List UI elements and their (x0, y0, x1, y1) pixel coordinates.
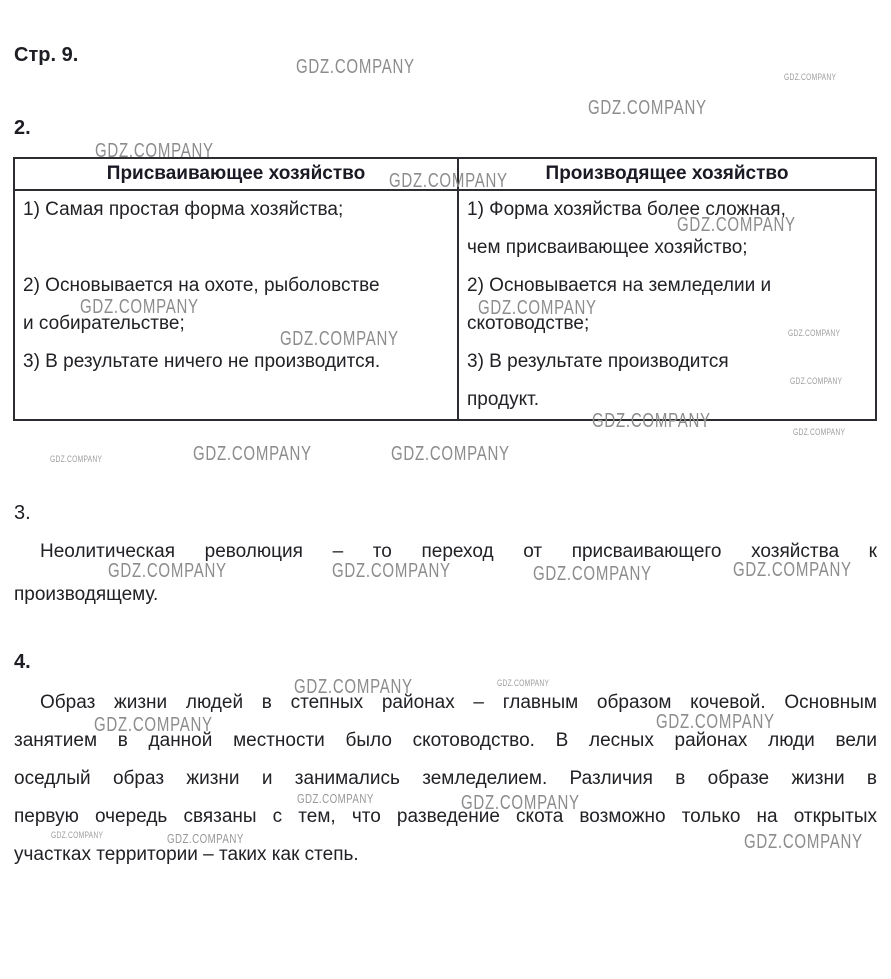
paragraph-line: занятием в данной местности было скотово… (14, 722, 877, 760)
paragraph-line: оседлый образ жизни и занимались земледе… (14, 760, 877, 798)
watermark-text: GDZ.COMPANY (588, 97, 707, 120)
table-header-appropriating: Присваивающее хозяйство (15, 159, 459, 191)
paragraph-line: первую очередь связаны с тем, что развед… (14, 798, 877, 836)
paragraph-line: Образ жизни людей в степных районах – гл… (14, 684, 877, 722)
watermark-text: GDZ.COMPANY (50, 454, 102, 464)
table-cell-left-1: 1) Самая простая форма хозяйства; (15, 191, 459, 267)
document-page: Стр. 9. 2. Присваивающее хозяйство Произ… (0, 0, 891, 979)
watermark-text: GDZ.COMPANY (193, 443, 312, 466)
question-number-4: 4. (14, 651, 31, 674)
answer-paragraph-3: Неолитическая революция – то переход от … (14, 530, 877, 616)
question-number-2: 2. (14, 117, 31, 140)
table-cell-left-3: 3) В результате ничего не производится. (15, 343, 459, 419)
table-header-producing: Производящее хозяйство (459, 159, 875, 191)
watermark-text: GDZ.COMPANY (296, 56, 415, 79)
table-cell-left-2: 2) Основывается на охоте, рыболовствеи с… (15, 267, 459, 343)
watermark-text: GDZ.COMPANY (391, 443, 510, 466)
table-cell-right-3: 3) В результате производитсяпродукт. (459, 343, 875, 419)
paragraph-line: производящему. (14, 573, 877, 616)
paragraph-line: Неолитическая революция – то переход от … (14, 530, 877, 573)
question-number-3: 3. (14, 502, 31, 525)
table-cell-right-2: 2) Основывается на земледелии искотоводс… (459, 267, 875, 343)
table-cell-right-1: 1) Форма хозяйства более сложная,чем при… (459, 191, 875, 267)
answer-paragraph-4: Образ жизни людей в степных районах – гл… (14, 684, 877, 874)
watermark-text: GDZ.COMPANY (784, 72, 836, 82)
page-title: Стр. 9. (14, 44, 78, 67)
watermark-text: GDZ.COMPANY (793, 427, 845, 437)
comparison-table: Присваивающее хозяйство Производящее хоз… (13, 157, 877, 421)
paragraph-line: участках территории – таких как степь. (14, 836, 877, 874)
